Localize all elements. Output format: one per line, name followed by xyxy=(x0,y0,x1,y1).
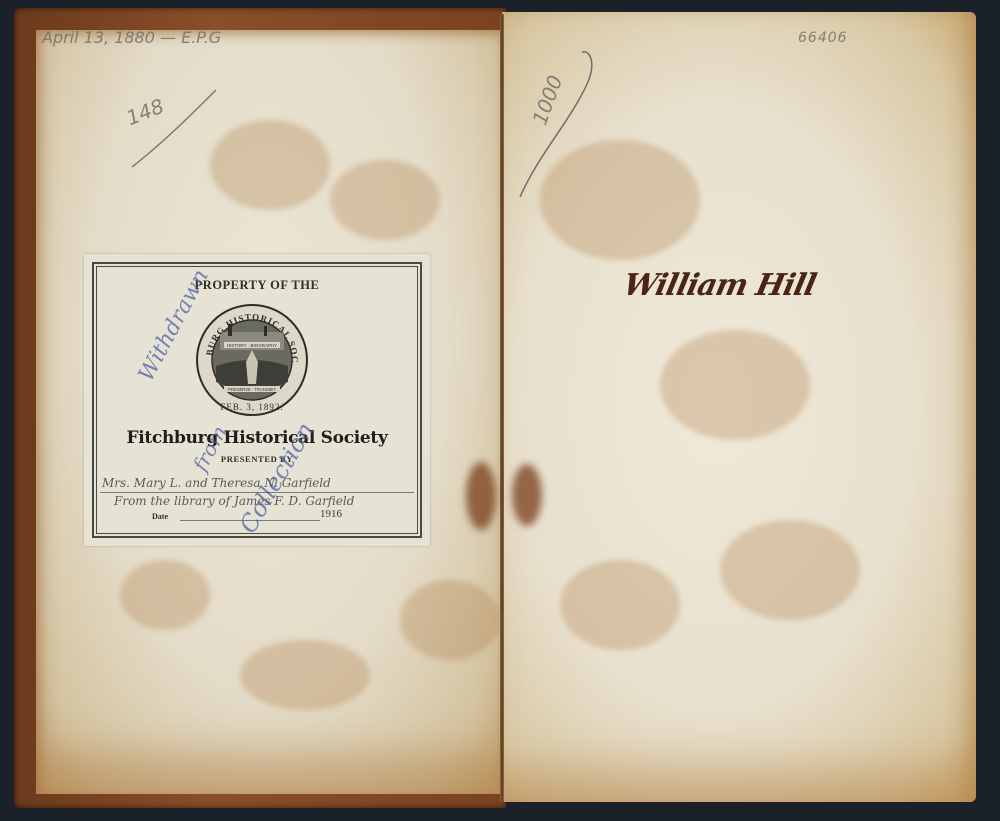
gutter-stain-left xyxy=(466,462,496,530)
presented-by-label: PRESENTED BY xyxy=(84,454,430,464)
bookplate: PROPERTY OF THE HISTORY · BIOGRAPHY PRES… xyxy=(84,254,430,546)
svg-text:FEB. 3, 1892.: FEB. 3, 1892. xyxy=(220,402,283,412)
svg-text:PRESERVE · TRANSMIT: PRESERVE · TRANSMIT xyxy=(228,387,276,392)
presented-by-name: Mrs. Mary L. and Theresa N. Garfield xyxy=(102,476,331,490)
svg-text:HISTORY · BIOGRAPHY: HISTORY · BIOGRAPHY xyxy=(227,343,278,348)
society-seal-icon: HISTORY · BIOGRAPHY PRESERVE · TRANSMIT … xyxy=(194,302,310,418)
gutter-spine xyxy=(500,14,504,802)
bookplate-heading: PROPERTY OF THE xyxy=(84,278,430,293)
society-name: Fitchburg Historical Society xyxy=(84,428,430,448)
presented-by-provenance: From the library of James F. D. Garfield xyxy=(114,494,354,508)
pencil-swash-right xyxy=(510,42,600,202)
ink-signature: William Hill xyxy=(620,268,818,303)
pencil-swash-left xyxy=(124,82,224,172)
pencil-date-note: April 13, 1880 — E.P.G xyxy=(42,28,221,47)
date-year: 1916 xyxy=(320,508,342,520)
date-label: Date xyxy=(152,512,168,521)
accession-number: 66406 xyxy=(798,30,848,46)
gutter-stain-right xyxy=(512,464,542,526)
